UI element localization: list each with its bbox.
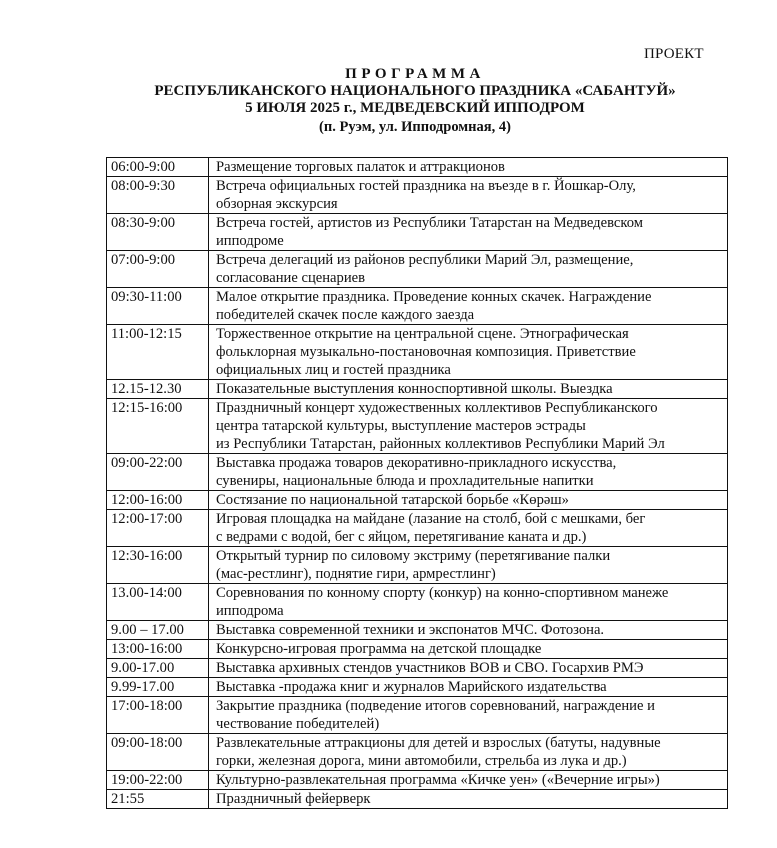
schedule-row: 9.00-17.00Выставка архивных стендов учас…	[107, 659, 728, 678]
schedule-time: 11:00-12:15	[107, 325, 209, 380]
schedule-row: 06:00-9:00Размещение торговых палаток и …	[107, 158, 728, 177]
schedule-time: 12.15-12.30	[107, 380, 209, 399]
schedule-event: Выставка современной техники и экспонато…	[209, 621, 728, 640]
schedule-table: 06:00-9:00Размещение торговых палаток и …	[106, 157, 728, 809]
schedule-time: 13.00-14:00	[107, 584, 209, 621]
schedule-event: Встреча официальных гостей праздника на …	[209, 177, 728, 214]
schedule-row: 08:30-9:00Встреча гостей, артистов из Ре…	[107, 214, 728, 251]
schedule-time: 08:30-9:00	[107, 214, 209, 251]
schedule-time: 12:15-16:00	[107, 399, 209, 454]
schedule-time: 07:00-9:00	[107, 251, 209, 288]
document-header: ПРОГРАММА РЕСПУБЛИКАНСКОГО НАЦИОНАЛЬНОГО…	[0, 66, 777, 136]
schedule-body: 06:00-9:00Размещение торговых палаток и …	[107, 158, 728, 809]
schedule-row: 12.15-12.30Показательные выступления кон…	[107, 380, 728, 399]
schedule-event: Выставка -продажа книг и журналов Марийс…	[209, 678, 728, 697]
schedule-row: 09:00-22:00Выставка продажа товаров деко…	[107, 454, 728, 491]
schedule-event: Малое открытие праздника. Проведение кон…	[209, 288, 728, 325]
schedule-row: 07:00-9:00Встреча делегаций из районов р…	[107, 251, 728, 288]
schedule-row: 17:00-18:00Закрытие праздника (подведени…	[107, 697, 728, 734]
schedule-row: 11:00-12:15Торжественное открытие на цен…	[107, 325, 728, 380]
schedule-event: Игровая площадка на майдане (лазание на …	[209, 510, 728, 547]
schedule-event: Праздничный концерт художественных колле…	[209, 399, 728, 454]
schedule-time: 12:30-16:00	[107, 547, 209, 584]
schedule-row: 9.99-17.00Выставка -продажа книг и журна…	[107, 678, 728, 697]
document-title: ПРОГРАММА	[0, 66, 777, 83]
schedule-time: 9.00 – 17.00	[107, 621, 209, 640]
event-date-place: 5 ИЮЛЯ 2025 г., МЕДВЕДЕВСКИЙ ИППОДРОМ	[0, 100, 777, 117]
schedule-time: 13:00-16:00	[107, 640, 209, 659]
schedule-row: 08:00-9:30Встреча официальных гостей пра…	[107, 177, 728, 214]
schedule-row: 12:30-16:00Открытый турнир по силовому э…	[107, 547, 728, 584]
schedule-row: 12:15-16:00Праздничный концерт художеств…	[107, 399, 728, 454]
schedule-time: 17:00-18:00	[107, 697, 209, 734]
schedule-event: Торжественное открытие на центральной сц…	[209, 325, 728, 380]
schedule-event: Размещение торговых палаток и аттракцион…	[209, 158, 728, 177]
schedule-event: Развлекательные аттракционы для детей и …	[209, 734, 728, 771]
schedule-row: 09:00-18:00Развлекательные аттракционы д…	[107, 734, 728, 771]
schedule-event: Показательные выступления конноспортивно…	[209, 380, 728, 399]
schedule-row: 13.00-14:00Соревнования по конному спорт…	[107, 584, 728, 621]
schedule-row: 12:00-16:00Состязание по национальной та…	[107, 491, 728, 510]
event-address: (п. Руэм, ул. Ипподромная, 4)	[0, 119, 777, 136]
schedule-time: 12:00-17:00	[107, 510, 209, 547]
schedule-row: 13:00-16:00Конкурсно-игровая программа н…	[107, 640, 728, 659]
schedule-event: Состязание по национальной татарской бор…	[209, 491, 728, 510]
schedule-event: Встреча делегаций из районов республики …	[209, 251, 728, 288]
schedule-event: Открытый турнир по силовому экстриму (пе…	[209, 547, 728, 584]
schedule-time: 06:00-9:00	[107, 158, 209, 177]
schedule-row: 19:00-22:00Культурно-развлекательная про…	[107, 771, 728, 790]
schedule-time: 08:00-9:30	[107, 177, 209, 214]
schedule-row: 12:00-17:00Игровая площадка на майдане (…	[107, 510, 728, 547]
draft-mark: ПРОЕКТ	[644, 46, 704, 63]
schedule-event: Конкурсно-игровая программа на детской п…	[209, 640, 728, 659]
schedule-event: Соревнования по конному спорту (конкур) …	[209, 584, 728, 621]
schedule-time: 12:00-16:00	[107, 491, 209, 510]
schedule-time: 19:00-22:00	[107, 771, 209, 790]
schedule-row: 21:55Праздничный фейерверк	[107, 790, 728, 809]
schedule-event: Выставка архивных стендов участников ВОВ…	[209, 659, 728, 678]
document-subtitle: РЕСПУБЛИКАНСКОГО НАЦИОНАЛЬНОГО ПРАЗДНИКА…	[0, 83, 777, 100]
schedule-event: Культурно-развлекательная программа «Кич…	[209, 771, 728, 790]
schedule-time: 09:00-22:00	[107, 454, 209, 491]
schedule-event: Праздничный фейерверк	[209, 790, 728, 809]
schedule-time: 9.00-17.00	[107, 659, 209, 678]
schedule-time: 09:00-18:00	[107, 734, 209, 771]
schedule-event: Закрытие праздника (подведение итогов со…	[209, 697, 728, 734]
schedule-event: Встреча гостей, артистов из Республики Т…	[209, 214, 728, 251]
schedule-time: 9.99-17.00	[107, 678, 209, 697]
schedule-time: 21:55	[107, 790, 209, 809]
schedule-row: 9.00 – 17.00Выставка современной техники…	[107, 621, 728, 640]
schedule-event: Выставка продажа товаров декоративно-при…	[209, 454, 728, 491]
schedule-time: 09:30-11:00	[107, 288, 209, 325]
schedule-row: 09:30-11:00Малое открытие праздника. Про…	[107, 288, 728, 325]
